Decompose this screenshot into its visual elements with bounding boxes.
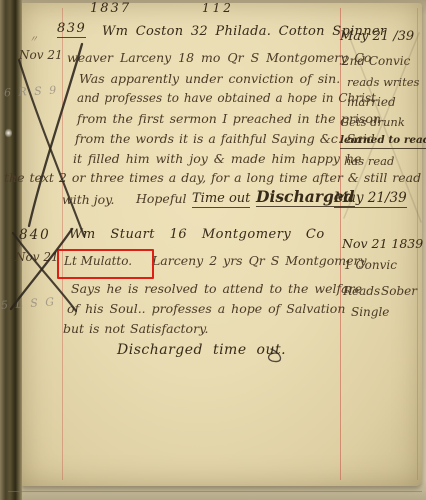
entry2-commit-date-right: Nov 21 1839 <box>342 237 423 251</box>
entry2-body-line2: of his Soul.. professes a hope of Salvat… <box>67 302 345 316</box>
entry1-marital-note: married <box>347 96 396 109</box>
entry2-crime-line: Larceny 2 yrs Qr S Montgomery <box>152 254 367 268</box>
entry1-body-line6: the text 2 or three times a day, for a l… <box>4 171 426 185</box>
entry1-learned-to-read-note: learned to read <box>340 135 426 149</box>
entry1-discharge-date: May 21 /39 <box>340 30 414 44</box>
entry2-number: 840 <box>19 228 51 243</box>
page-bottom-edge <box>8 491 422 492</box>
entry2-marital-note: Single <box>351 306 389 319</box>
entry2-habits-note: Sober <box>381 285 417 298</box>
entry2-body-line1: Says he is resolved to attend to the wel… <box>71 282 362 296</box>
entry1-closing-time-out: Time out <box>192 192 250 208</box>
entry1-crime-line: weaver Larceny 18 mo Qr S Montgomery Co <box>67 51 371 65</box>
entry1-number: 839 <box>57 22 86 38</box>
entry2-commit-date: Nov 21 <box>15 251 59 264</box>
entry1-ditto-mark: 〃 <box>29 36 38 46</box>
year-header: 1837 <box>90 2 131 16</box>
entry1-convictions-note: 2nd Convic <box>342 55 410 68</box>
entry2-convictions-note: 1 Convic <box>344 259 397 272</box>
entry1-habits-note: Gets drunk <box>340 116 405 129</box>
entry1-body-line4: from the words it is a faithful Saying &… <box>75 132 375 146</box>
entry2-literacy-note: Reads <box>343 285 380 298</box>
entry2-name-line: Wm Stuart 16 Montgomery Co <box>69 228 325 242</box>
page-number: 112 <box>202 2 234 15</box>
entry1-body-line5: it filled him with joy & made him happy … <box>73 152 361 166</box>
entry1-body-line2: and professes to have obtained a hope in… <box>77 92 376 105</box>
entry1-body-line3: from the first sermon I preached in the … <box>77 112 381 126</box>
entry1-commit-date: Nov 21 <box>19 49 63 62</box>
entry1-literacy-note: reads writes <box>347 76 419 89</box>
binding-glint <box>5 128 12 138</box>
red-annotation-box <box>57 249 154 279</box>
entry1-closing-date: May 21/39 <box>334 191 407 208</box>
entry1-body-line1: Was apparently under conviction of sin. <box>79 72 340 86</box>
entry1-has-read-note: has read <box>344 155 394 168</box>
ledger-scan: 1837 112 839 〃 Nov 21 6 R S 9 Wm Coston … <box>0 0 426 500</box>
entry1-closing-hopeful: Hopeful <box>136 192 187 206</box>
entry2-body-line3: but is not Satisfactory. <box>63 322 208 336</box>
entry2-closing-line: Discharged time out. <box>117 343 286 358</box>
ruled-line-left <box>62 8 63 480</box>
entry1-closing-with-joy: with joy. <box>62 193 115 207</box>
